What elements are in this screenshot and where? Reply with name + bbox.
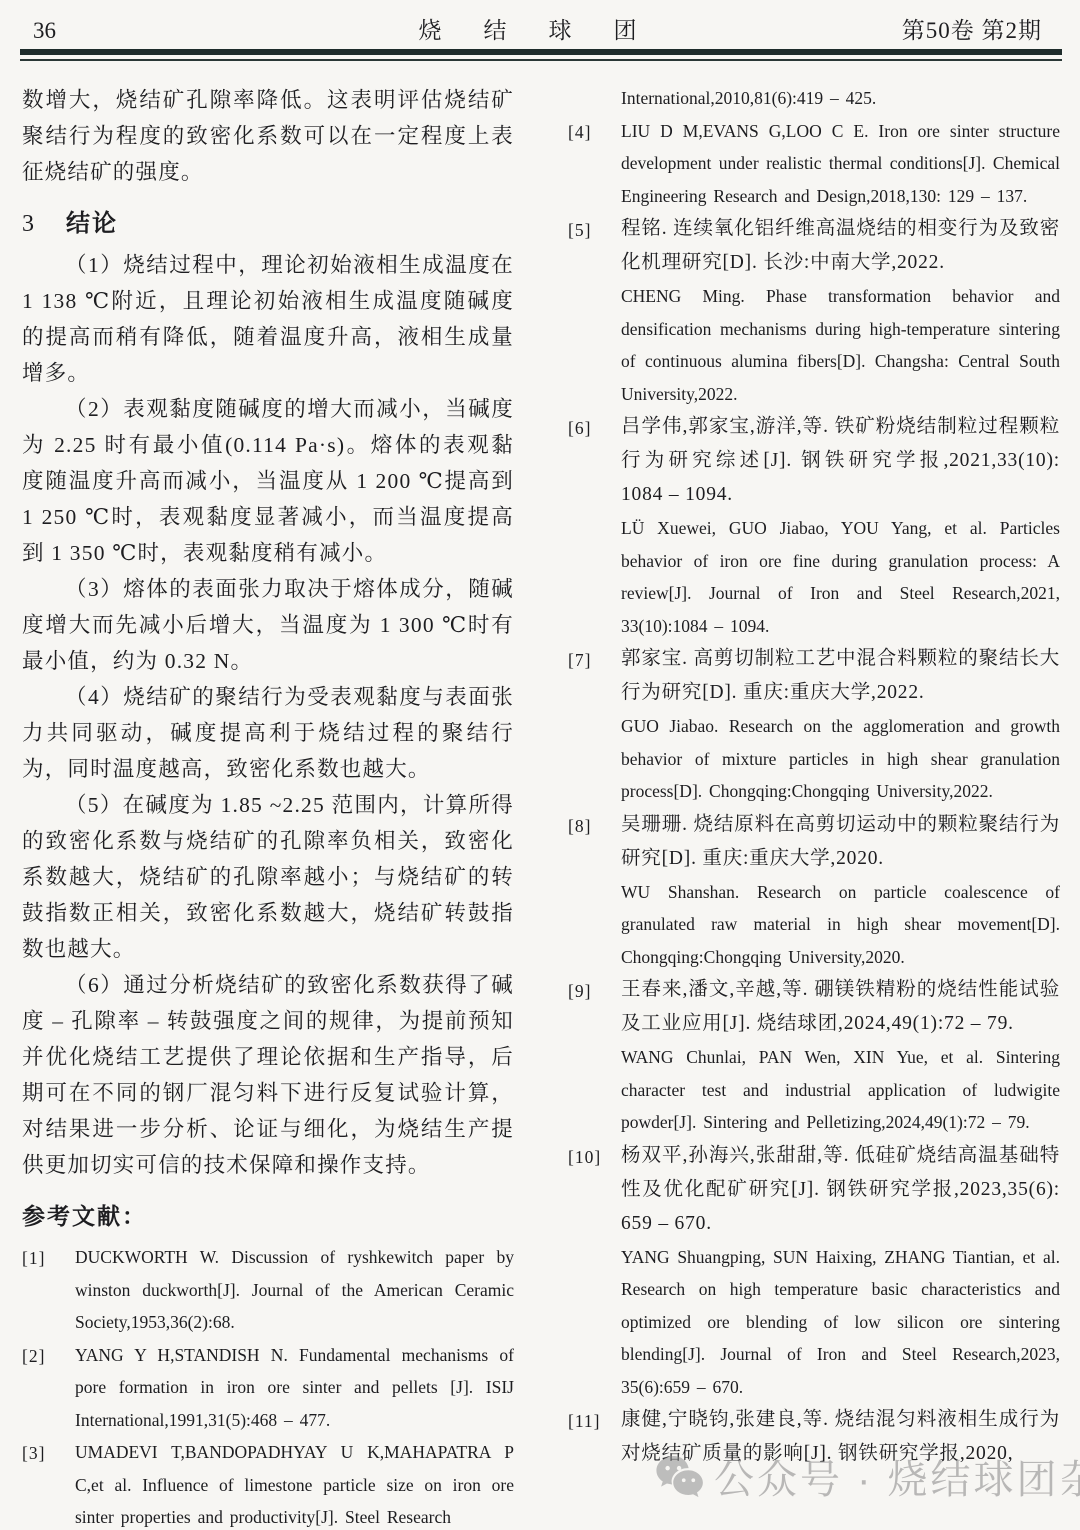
header-rule-thick [20,49,1062,55]
references-heading: 参考文献： [22,1198,514,1231]
reference-text-zh: 郭家宝. 高剪切制粒工艺中混合料颗粒的聚结长大行为研究[D]. 重庆:重庆大学,… [621,642,1060,710]
reference-number: [9] [568,974,591,1008]
reference-number: [1] [22,1242,45,1275]
two-column-body: 数增大，烧结矿孔隙率降低。这表明评估烧结矿聚结行为程度的致密化系数可以在一定程度… [22,82,1062,1530]
references-list-right: International,2010,81(6):419 – 425.[4]LI… [568,82,1060,1471]
issue-info: 第50卷 第2期 [832,12,1042,45]
conclusion-paragraph: （1）烧结过程中，理论初始液相生成温度在 1 138 ℃附近，且理论初始液相生成… [22,247,514,391]
reference-text-zh: 康健,宁晓钧,张建良,等. 烧结混匀料液相生成行为对烧结矿质量的影响[J]. 钢… [621,1403,1060,1471]
right-column: International,2010,81(6):419 – 425.[4]LI… [568,82,1060,1530]
reference-item: [1]DUCKWORTH W. Discussion of ryshkewitc… [22,1241,514,1339]
conclusions-list: （1）烧结过程中，理论初始液相生成温度在 1 138 ℃附近，且理论初始液相生成… [22,247,514,1183]
left-column: 数增大，烧结矿孔隙率降低。这表明评估烧结矿聚结行为程度的致密化系数可以在一定程度… [22,82,514,1530]
reference-item: [6]吕学伟,郭家宝,游洋,等. 铁矿粉烧结制粒过程颗粒行为研究综述[J]. 钢… [568,410,1060,642]
reference-number: [10] [568,1140,601,1174]
reference-number: [7] [568,643,591,677]
journal-page: 36 烧结球团 第50卷 第2期 数增大，烧结矿孔隙率降低。这表明评估烧结矿聚结… [0,0,1080,1530]
reference-item: [8]吴珊珊. 烧结原料在高剪切运动中的颗粒聚结行为研究[D]. 重庆:重庆大学… [568,808,1060,974]
reference-item: [3]UMADEVI T,BANDOPADHYAY U K,MAHAPATRA … [22,1436,514,1530]
reference-item: [2]YANG Y H,STANDISH N. Fundamental mech… [22,1339,514,1437]
reference-text-en: CHENG Ming. Phase transformation behavio… [621,280,1060,410]
reference-text-en: LIU D M,EVANS G,LOO C E. Iron ore sinter… [621,115,1060,213]
reference-text-en: WU Shanshan. Research on particle coales… [621,876,1060,974]
reference-item: [11]康健,宁晓钧,张建良,等. 烧结混匀料液相生成行为对烧结矿质量的影响[J… [568,1403,1060,1471]
reference-text-en: GUO Jiabao. Research on the agglomeratio… [621,710,1060,808]
reference-item: [4]LIU D M,EVANS G,LOO C E. Iron ore sin… [568,115,1060,213]
journal-title: 烧结球团 [223,12,832,45]
reference-number: [4] [568,116,591,149]
page-number: 36 [33,18,223,44]
reference-text-zh: 吕学伟,郭家宝,游洋,等. 铁矿粉烧结制粒过程颗粒行为研究综述[J]. 钢铁研究… [621,410,1060,512]
reference-number: [3] [22,1437,45,1470]
section-heading: 3 结论 [22,203,514,238]
reference-text-en: YANG Shuangping, SUN Haixing, ZHANG Tian… [621,1241,1060,1404]
reference-text-zh: 程铭. 连续氧化铝纤维高温烧结的相变行为及致密化机理研究[D]. 长沙:中南大学… [621,212,1060,280]
reference-number: [6] [568,411,591,445]
reference-item: [10]杨双平,孙海兴,张甜甜,等. 低硅矿烧结高温基础特性及优化配矿研究[J]… [568,1139,1060,1404]
reference-number: [2] [22,1340,45,1373]
reference-item: [7]郭家宝. 高剪切制粒工艺中混合料颗粒的聚结长大行为研究[D]. 重庆:重庆… [568,642,1060,808]
reference-text-en: UMADEVI T,BANDOPADHYAY U K,MAHAPATRA P C… [75,1436,514,1530]
reference-text-en: LÜ Xuewei, GUO Jiabao, YOU Yang, et al. … [621,512,1060,642]
reference-number: [5] [568,213,591,247]
references-list-left: [1]DUCKWORTH W. Discussion of ryshkewitc… [22,1241,514,1530]
reference-text-zh: 王春来,潘文,辛越,等. 硼镁铁精粉的烧结性能试验及工业应用[J]. 烧结球团,… [621,973,1060,1041]
reference-text-zh: 吴珊珊. 烧结原料在高剪切运动中的颗粒聚结行为研究[D]. 重庆:重庆大学,20… [621,808,1060,876]
reference-item: International,2010,81(6):419 – 425. [568,82,1060,115]
conclusion-paragraph: （4）烧结矿的聚结行为受表观黏度与表面张力共同驱动，碱度提高利于烧结过程的聚结行… [22,679,514,787]
conclusion-paragraph: （6）通过分析烧结矿的致密化系数获得了碱度 – 孔隙率 – 转鼓强度之间的规律，… [22,967,514,1183]
reference-item: [5]程铭. 连续氧化铝纤维高温烧结的相变行为及致密化机理研究[D]. 长沙:中… [568,212,1060,410]
reference-text-en: WANG Chunlai, PAN Wen, XIN Yue, et al. S… [621,1041,1060,1139]
conclusion-paragraph: （5）在碱度为 1.85 ~2.25 范围内，计算所得的致密化系数与烧结矿的孔隙… [22,787,514,967]
intro-paragraph: 数增大，烧结矿孔隙率降低。这表明评估烧结矿聚结行为程度的致密化系数可以在一定程度… [22,82,514,190]
section-number: 3 [22,211,34,237]
reference-number: [8] [568,809,591,843]
reference-text-en: International,2010,81(6):419 – 425. [621,82,1060,115]
conclusion-paragraph: （2）表观黏度随碱度的增大而减小，当碱度为 2.25 时有最小值(0.114 P… [22,391,514,571]
reference-text-en: DUCKWORTH W. Discussion of ryshkewitch p… [75,1241,514,1339]
reference-text-en: YANG Y H,STANDISH N. Fundamental mechani… [75,1339,514,1437]
page-header: 36 烧结球团 第50卷 第2期 [33,12,1042,45]
reference-number: [11] [568,1404,601,1438]
conclusion-paragraph: （3）熔体的表面张力取决于熔体成分，随碱度增大而先减小后增大，当温度为 1 30… [22,571,514,679]
header-rule-thin [20,59,1062,61]
reference-text-zh: 杨双平,孙海兴,张甜甜,等. 低硅矿烧结高温基础特性及优化配矿研究[J]. 钢铁… [621,1139,1060,1241]
section-title: 结论 [66,211,118,237]
reference-item: [9]王春来,潘文,辛越,等. 硼镁铁精粉的烧结性能试验及工业应用[J]. 烧结… [568,973,1060,1139]
